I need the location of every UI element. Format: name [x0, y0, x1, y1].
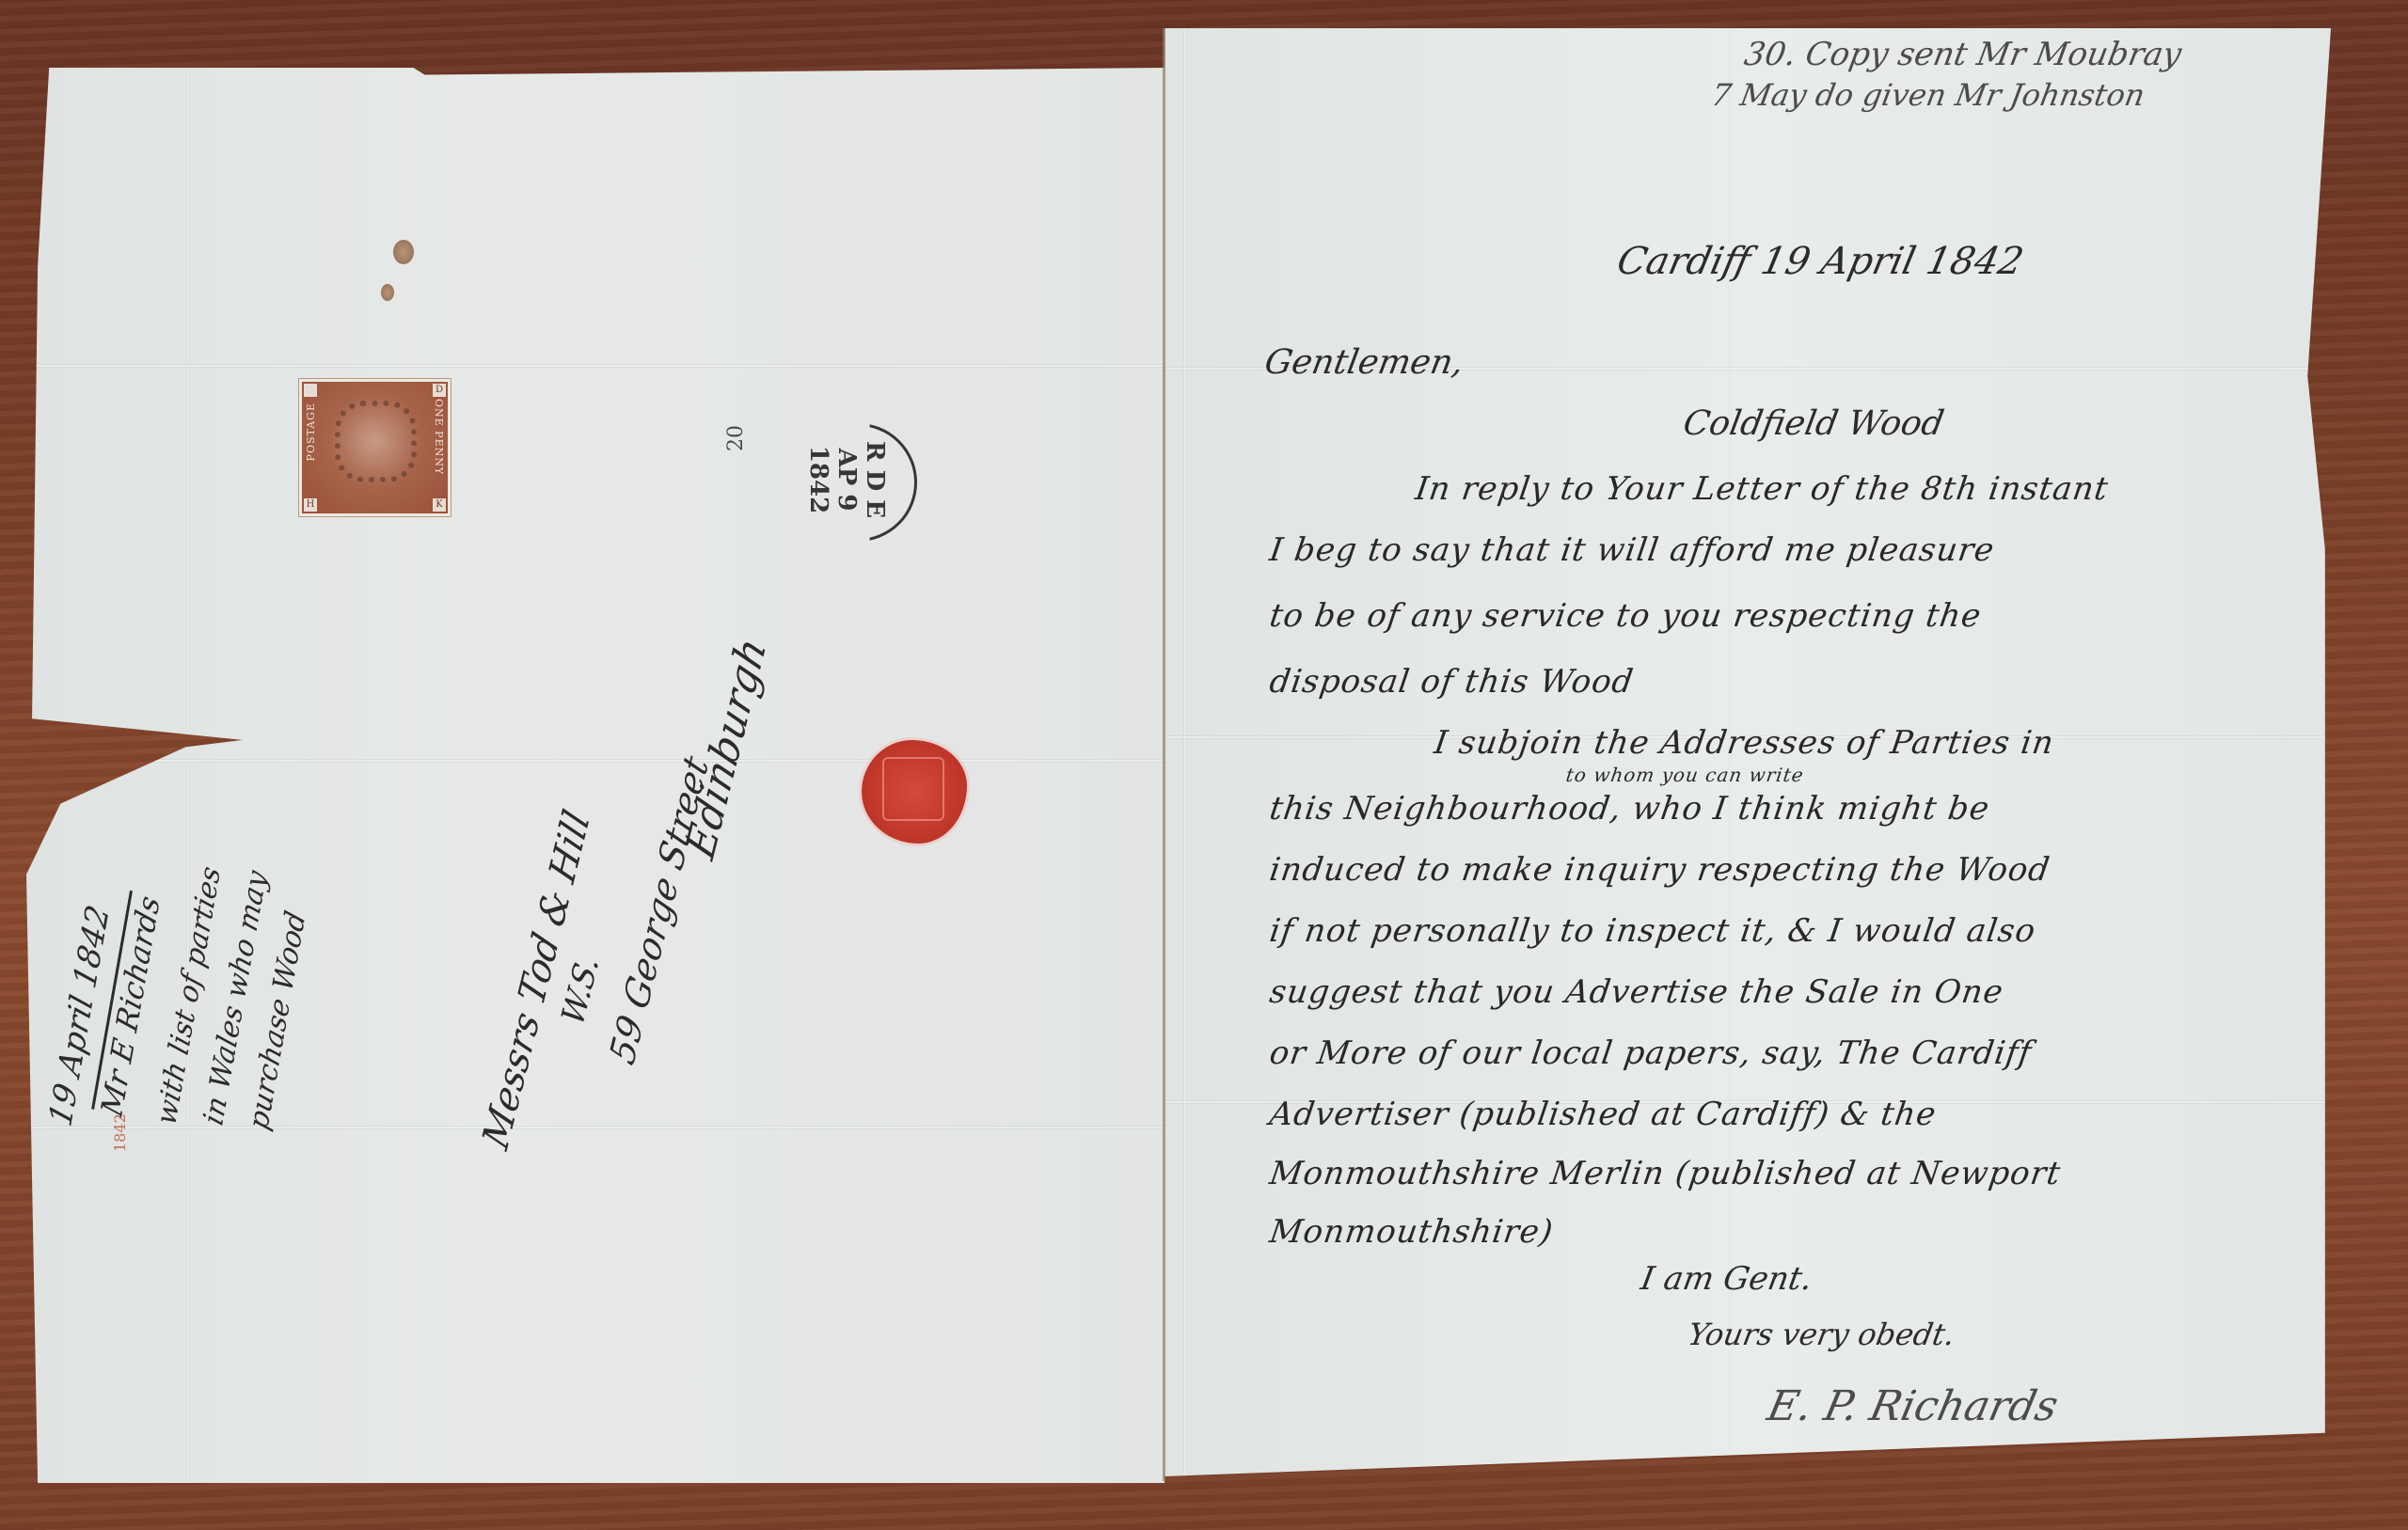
stamp-text-one-penny: ONE PENNY — [433, 399, 445, 475]
body-line: I beg to say that it will afford me plea… — [1267, 531, 1997, 569]
fold-line — [186, 68, 189, 1483]
stamp-text-postage: POSTAGE — [305, 402, 317, 461]
postmark-line-3: 1842 — [804, 423, 832, 536]
body-line: to be of any service to you respecting t… — [1267, 597, 1984, 635]
body-line: I subjoin the Addresses of Parties in — [1432, 724, 2056, 762]
body-line: or More of our local papers, say, The Ca… — [1267, 1034, 2034, 1072]
seal-impression-icon — [882, 757, 944, 821]
closing-line-1: I am Gent. — [1638, 1260, 1814, 1298]
postmark-line-1: R D E — [861, 423, 889, 536]
stamp-corner-letter: H — [304, 498, 317, 512]
foxing-stain — [381, 284, 394, 301]
pencil-mark: 20 — [724, 425, 748, 451]
fold-line — [769, 68, 772, 1483]
letter-outer-panel — [26, 68, 1164, 1483]
body-line: if not personally to inspect it, & I wou… — [1267, 912, 2038, 950]
body-line: Advertiser (published at Cardiff) & the — [1267, 1096, 1939, 1133]
body-line: Monmouthshire) — [1267, 1213, 1556, 1251]
red-transit-mark: 1842 — [111, 1113, 129, 1152]
red-wax-seal — [862, 740, 967, 844]
fold-line — [26, 364, 1164, 368]
penny-red-stamp: D H K POSTAGE ONE PENNY — [299, 379, 451, 516]
dated-postmark: R D E AP 9 1842 — [767, 423, 917, 536]
body-line: this Neighbourhood, who I think might be — [1267, 790, 1992, 828]
subject-heading: Coldfield Wood — [1680, 404, 1946, 443]
center-crease — [1163, 28, 1165, 1481]
body-line: In reply to Your Letter of the 8th insta… — [1413, 470, 2111, 508]
body-line: disposal of this Wood — [1267, 663, 1636, 701]
interlinear-insertion: to whom you can write — [1564, 764, 1805, 786]
stamp-corner-letter: K — [433, 498, 446, 512]
signature: E. P. Richards — [1764, 1382, 2063, 1430]
place-date: Cardiff 19 April 1842 — [1613, 240, 2027, 283]
body-line: Monmouthshire Merlin (published at Newpo… — [1267, 1155, 2063, 1192]
body-line: suggest that you Advertise the Sale in O… — [1267, 973, 2005, 1011]
maltese-cross-cancel-icon — [335, 401, 417, 482]
foxing-stain — [393, 240, 414, 264]
salutation: Gentlemen, — [1261, 343, 1466, 382]
postmark-line-2: AP 9 — [832, 423, 861, 536]
closing-line-2: Yours very obedt. — [1686, 1317, 1958, 1352]
stamp-corner-letter: D — [433, 384, 446, 397]
fold-line — [26, 1126, 1164, 1129]
docket-line-1: 30. Copy sent Mr Moubray — [1741, 36, 2184, 73]
stamp-corner-letter — [304, 384, 317, 397]
fold-line — [26, 759, 1164, 763]
docket-line-2: 7 May do given Mr Johnston — [1709, 77, 2147, 113]
fold-line — [1183, 28, 1186, 1476]
body-line: induced to make inquiry respecting the W… — [1267, 851, 2052, 889]
